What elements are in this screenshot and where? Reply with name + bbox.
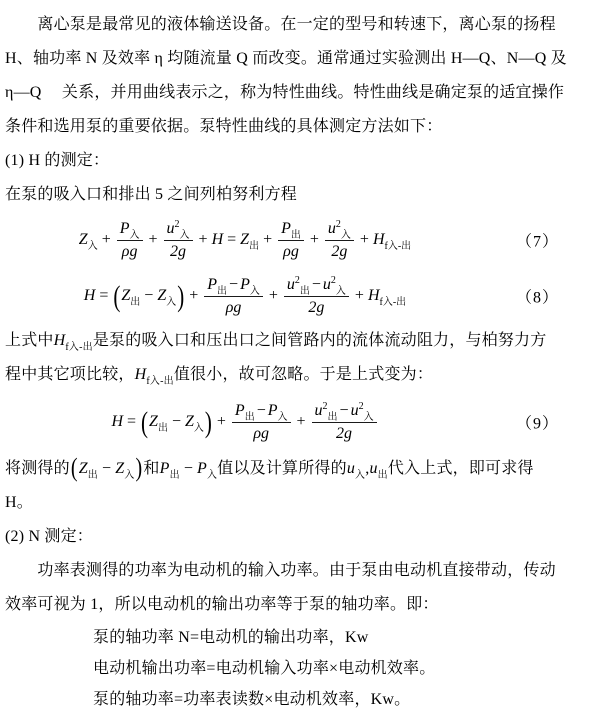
math-variable: P出 bbox=[160, 460, 180, 477]
math-operator: − bbox=[172, 413, 181, 431]
math-operator: − bbox=[257, 402, 266, 419]
math-variable: Z出 bbox=[149, 413, 168, 431]
math-denominator: 2g bbox=[305, 297, 327, 317]
math-fraction: u2入2g bbox=[325, 219, 354, 260]
math-variable: Hf入-出 bbox=[373, 231, 411, 249]
math-fraction: P入ρg bbox=[117, 219, 143, 260]
friction-note-paragraph: 上式中Hf入-出是泵的吸入口和压出口之间管路内的流体流动阻力，与柏努力方 程中其… bbox=[5, 324, 581, 392]
math-variable: P入 bbox=[240, 276, 260, 293]
math-operator: = bbox=[127, 413, 136, 431]
math-operator: = bbox=[99, 287, 108, 305]
power-formula-3: 泵的轴功率=功率表读数×电动机效率，Kw。 bbox=[5, 684, 581, 714]
math-variable: P出 bbox=[207, 276, 227, 293]
section-1-heading: (1) H 的测定： bbox=[5, 144, 581, 178]
math-text: 值很小，故可忽略。于是上式变为： bbox=[174, 366, 433, 383]
math-operator: + bbox=[189, 287, 198, 305]
math-text: 程中其它项比较， bbox=[5, 366, 135, 383]
power-formula-block: 泵的轴功率 N=电动机的输出功率，Kw 电动机输出功率=电动机输入功率×电动机效… bbox=[5, 622, 581, 714]
equation-7: Z入+P入ρg+u2入2g+H=Z出+P出ρg+u2入2g+Hf入-出 （7） bbox=[5, 212, 581, 268]
equation-9: H=(Z出−Z入)+P出−P入ρg+u2出−u2入2g （9） bbox=[5, 392, 581, 452]
math-variable: u出 bbox=[369, 460, 387, 477]
power-line-1: 功率表测得的功率为电动机的输入功率。由于泵由电动机直接带动，传动 bbox=[5, 554, 581, 588]
math-operator: − bbox=[144, 287, 153, 305]
math-text: 2g bbox=[331, 243, 347, 260]
math-denominator: ρg bbox=[280, 241, 302, 261]
math-numerator: u2出−u2入 bbox=[312, 401, 377, 422]
math-variable: u2入 bbox=[328, 220, 351, 237]
math-variable: Z出 bbox=[240, 231, 259, 249]
math-text: 将测得的 bbox=[5, 460, 70, 477]
math-variable: H bbox=[111, 413, 123, 431]
math-variable: u2入 bbox=[323, 276, 346, 293]
math-operator: + bbox=[269, 287, 278, 305]
math-variable: Z入 bbox=[157, 287, 176, 305]
math-denominator: 2g bbox=[167, 241, 189, 261]
intro-line-4: 条件和选用泵的重要依据。泵特性曲线的具体测定方法如下： bbox=[5, 110, 581, 144]
math-text: ρg bbox=[122, 243, 138, 260]
equation-9-body: H=(Z出−Z入)+P出−P入ρg+u2出−u2入2g bbox=[111, 401, 378, 442]
math-operator: − bbox=[340, 402, 349, 419]
math-variable: P出 bbox=[235, 402, 255, 419]
intro-line-2: H、轴功率 N 及效率 η 均随流量 Q 而改变。通常通过实验测出 H—Q、N—… bbox=[5, 42, 581, 76]
math-numerator: P出 bbox=[278, 219, 304, 240]
math-numerator: P入 bbox=[117, 219, 143, 240]
math-numerator: P出−P入 bbox=[204, 275, 263, 296]
friction-note-line-1: 上式中Hf入-出是泵的吸入口和压出口之间管路内的流体流动阻力，与柏努力方 bbox=[5, 324, 581, 358]
math-variable: u2出 bbox=[287, 276, 310, 293]
math-text: 2g bbox=[170, 243, 186, 260]
power-formula-1: 泵的轴功率 N=电动机的输出功率，Kw bbox=[5, 622, 581, 653]
math-numerator: u2入 bbox=[325, 219, 354, 240]
math-variable: u入 bbox=[347, 460, 365, 477]
math-denominator: 2g bbox=[333, 423, 355, 443]
math-operator: + bbox=[217, 413, 226, 431]
math-operator: + bbox=[149, 231, 158, 249]
intro-line-3: η—Q 关系，并用曲线表示之，称为特性曲线。特性曲线是确定泵的适宜操作 bbox=[5, 76, 581, 110]
math-variable: P入 bbox=[268, 402, 288, 419]
math-variable: P出 bbox=[281, 220, 301, 237]
math-variable: Hf入-出 bbox=[135, 366, 174, 383]
math-variable: u2入 bbox=[351, 402, 374, 419]
math-numerator: P出−P入 bbox=[232, 401, 291, 422]
equation-7-body: Z入+P入ρg+u2入2g+H=Z出+P出ρg+u2入2g+Hf入-出 bbox=[79, 219, 411, 260]
math-numerator: u2入 bbox=[164, 219, 193, 240]
section-2-heading: (2) N 测定： bbox=[5, 520, 581, 554]
math-variable: H bbox=[84, 287, 96, 305]
math-denominator: ρg bbox=[119, 241, 141, 261]
math-variable: H bbox=[212, 231, 224, 249]
measured-note-line-1: 将测得的(Z出−Z入)和P出−P入值以及计算所得的u入,u出代入上式，即可求得 bbox=[5, 452, 581, 486]
math-operator: + bbox=[199, 231, 208, 249]
math-variable: Hf入-出 bbox=[54, 332, 93, 349]
math-operator: + bbox=[263, 231, 272, 249]
math-operator: − bbox=[102, 460, 111, 477]
math-fraction: P出ρg bbox=[278, 219, 304, 260]
equation-9-number: （9） bbox=[516, 411, 559, 434]
math-operator: + bbox=[310, 231, 319, 249]
power-line-2: 效率可视为 1，所以电动机的输出功率等于泵的轴功率。即： bbox=[5, 588, 581, 622]
measured-note-line-2: H。 bbox=[5, 486, 581, 520]
math-numerator: u2出−u2入 bbox=[284, 275, 349, 296]
math-text: ρg bbox=[283, 243, 299, 260]
math-fraction: u2出−u2入2g bbox=[312, 401, 377, 442]
math-text: 代入上式，即可求得 bbox=[388, 460, 534, 477]
math-variable: Z出 bbox=[121, 287, 140, 305]
math-operator: − bbox=[184, 460, 193, 477]
math-variable: Z入 bbox=[79, 231, 98, 249]
math-operator: − bbox=[312, 276, 321, 293]
math-variable: u2出 bbox=[315, 402, 338, 419]
math-denominator: ρg bbox=[250, 423, 272, 443]
math-operator: + bbox=[360, 231, 369, 249]
math-operator: + bbox=[355, 287, 364, 305]
math-operator: + bbox=[297, 413, 306, 431]
math-text: 2g bbox=[308, 299, 324, 316]
intro-line-1: 离心泵是最常见的液体输送设备。在一定的型号和转速下，离心泵的扬程 bbox=[5, 8, 581, 42]
power-paragraph: 功率表测得的功率为电动机的输入功率。由于泵由电动机直接带动，传动 效率可视为 1… bbox=[5, 554, 581, 622]
math-variable: Z入 bbox=[115, 460, 134, 477]
math-text: 和 bbox=[143, 460, 159, 477]
measured-note-paragraph: 将测得的(Z出−Z入)和P出−P入值以及计算所得的u入,u出代入上式，即可求得 … bbox=[5, 452, 581, 520]
math-text: 上式中 bbox=[5, 332, 54, 349]
math-fraction: u2入2g bbox=[164, 219, 193, 260]
equation-8-number: （8） bbox=[516, 285, 559, 308]
math-fraction: P出−P入ρg bbox=[204, 275, 263, 316]
math-denominator: 2g bbox=[328, 241, 350, 261]
friction-note-line-2: 程中其它项比较，Hf入-出值很小，故可忽略。于是上式变为： bbox=[5, 358, 581, 392]
math-operator: − bbox=[229, 276, 238, 293]
equation-7-number: （7） bbox=[516, 229, 559, 252]
equation-8-body: H=(Z出−Z入)+P出−P入ρg+u2出−u2入2g+Hf入-出 bbox=[84, 275, 406, 316]
math-variable: P入 bbox=[120, 220, 140, 237]
math-operator: + bbox=[102, 231, 111, 249]
math-variable: Z出 bbox=[79, 460, 98, 477]
math-text: 值以及计算所得的 bbox=[217, 460, 347, 477]
math-variable: Hf入-出 bbox=[368, 287, 406, 305]
math-variable: P入 bbox=[197, 460, 217, 477]
document-page: 离心泵是最常见的液体输送设备。在一定的型号和转速下，离心泵的扬程 H、轴功率 N… bbox=[0, 0, 589, 714]
intro-paragraph: 离心泵是最常见的液体输送设备。在一定的型号和转速下，离心泵的扬程 H、轴功率 N… bbox=[5, 8, 581, 144]
math-text: ρg bbox=[226, 299, 242, 316]
math-operator: = bbox=[227, 231, 236, 249]
math-variable: u2入 bbox=[167, 220, 190, 237]
math-variable: Z入 bbox=[185, 413, 204, 431]
math-text: 是泵的吸入口和压出口之间管路内的流体流动阻力，与柏努力方 bbox=[93, 332, 547, 349]
math-text: 2g bbox=[336, 425, 352, 442]
section-1-intro: 在泵的吸入口和排出 5 之间列柏努利方程 bbox=[5, 178, 581, 212]
power-formula-2: 电动机输出功率=电动机输入功率×电动机效率。 bbox=[5, 653, 581, 684]
math-denominator: ρg bbox=[223, 297, 245, 317]
equation-8: H=(Z出−Z入)+P出−P入ρg+u2出−u2入2g+Hf入-出 （8） bbox=[5, 268, 581, 324]
math-fraction: u2出−u2入2g bbox=[284, 275, 349, 316]
math-fraction: P出−P入ρg bbox=[232, 401, 291, 442]
math-text: ρg bbox=[253, 425, 269, 442]
